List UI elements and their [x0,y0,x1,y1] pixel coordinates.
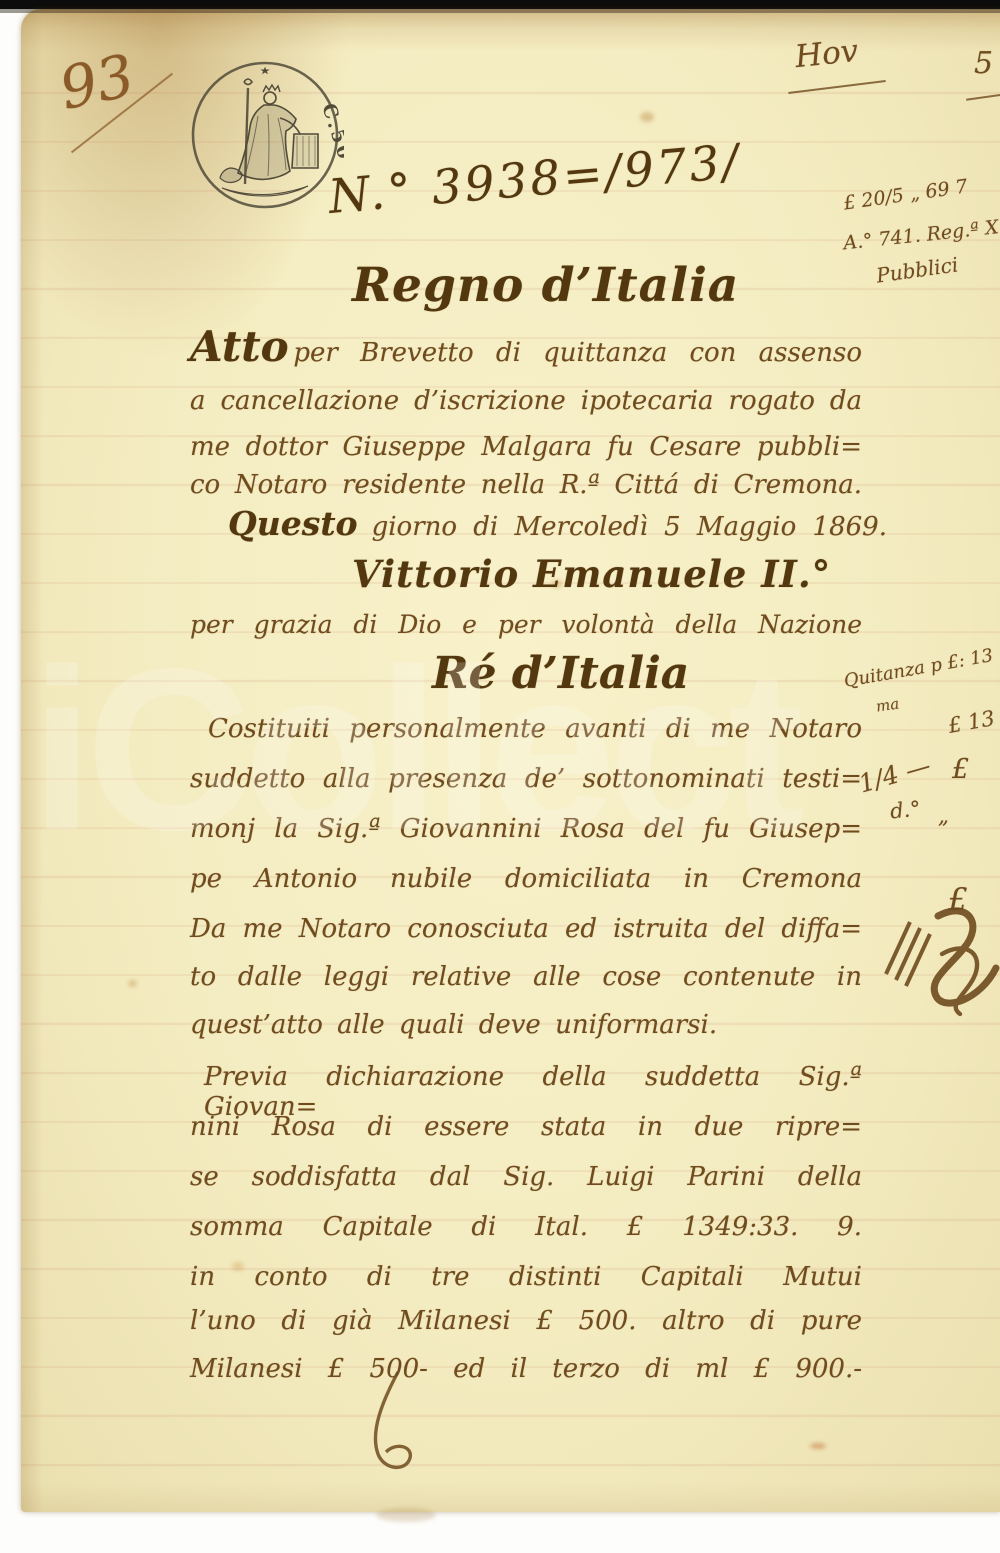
date-line-text: giorno di Mercoledì 5 Maggio 1869. [372,512,887,542]
intro-initial-word: Atto [190,322,289,371]
archive-mark: Hov [793,33,860,75]
scan-edge-shadow [0,9,1000,13]
scan-black-edge [0,0,1000,9]
stamp-denomination: C.50 [317,101,344,165]
margin-quittance-line7: „ [938,804,949,828]
body-line-1: Costituiti personalmente avanti di me No… [190,714,862,744]
margin-quittance-line6: d.° [889,796,922,823]
king-title-heading: Ré d’Italia [432,648,689,699]
body-line-11: somma Capitale di Ital. £ 1349:33. 9. [190,1212,862,1242]
body-line-12: in conto di tre distinti Capitali Mutui [190,1262,862,1292]
document-title: Regno d’Italia [352,258,739,313]
date-initial-word: Questo [228,504,358,543]
page-corner-number: 5 [974,46,993,81]
foxing-spot [128,980,137,987]
foxing-spot [640,112,654,122]
body-line-5: Da me Notaro conosciuta ed istruita del … [190,914,862,944]
grace-line: per grazia di Dio e per volontà della Na… [190,610,862,639]
body-line-10: se soddisfatta dal Sig. Luigi Parini del… [190,1162,862,1192]
descender-flourish-icon [352,1368,422,1483]
body-line-14: Milanesi £ 500- ed il terzo di ml £ 900.… [190,1354,862,1384]
foxing-spot [810,1443,826,1449]
date-line: Questo giorno di Mercoledì 5 Maggio 1869… [228,504,887,543]
foxing-spot [376,1508,436,1522]
margin-quittance-line2: ma [875,694,900,715]
scanned-notarial-document: { "doc": { "folio_number": "93", "archiv… [0,0,1000,1553]
revenue-stamp: C.50 [186,56,344,214]
body-line-9: nini Rosa di essere stata in due ripre= [190,1112,862,1142]
intro-line-1: Atto per Brevetto di quittanza con assen… [190,322,862,371]
paraph-flourish-icon [872,896,1000,1026]
margin-quittance-line5: £ [952,754,969,785]
body-line-7: quest’atto alle quali deve uniformarsi. [190,1010,717,1040]
stamp-figure-icon: C.50 [186,56,344,214]
intro-line-1-text: per Brevetto di quittanza con assenso [293,338,862,368]
king-name-heading: Vittorio Emanuele II.° [352,552,831,596]
intro-line-3: me dottor Giuseppe Malgara fu Cesare pub… [190,432,862,462]
body-line-13: l’uno di già Milanesi £ 500. altro di pu… [190,1306,862,1336]
intro-line-2: a cancellazione d’iscrizione ipotecaria … [190,386,862,416]
body-line-3: monj la Sig.ª Giovannini Rosa del fu Giu… [190,814,862,844]
body-line-2: suddetto alla presenza de’ sottonominati… [190,764,862,794]
body-line-4: pe Antonio nubile domiciliata in Cremona [190,864,862,894]
body-line-6: to dalle leggi relative alle cose conten… [190,962,862,992]
intro-line-4: co Notaro residente nella R.ª Cittá di C… [190,470,862,500]
